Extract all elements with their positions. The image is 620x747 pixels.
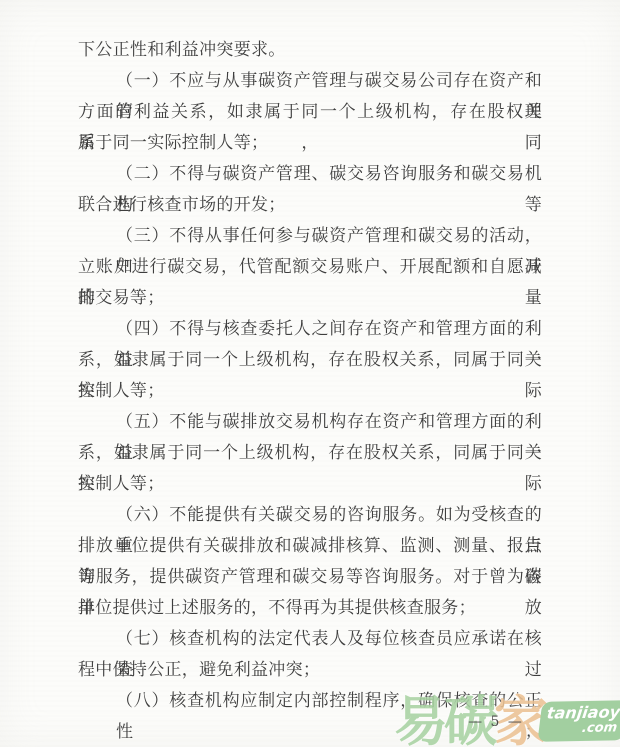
text-line: （五）不能与碳排放交易机构存在资产和管理方面的利益关: [78, 407, 542, 438]
watermark-badge-tld: .com: [544, 721, 618, 736]
watermark-badge: tanjiaoyi .com: [537, 700, 620, 741]
text-line: 单位提供过上述服务的，不得再为其提供核查服务；: [78, 593, 542, 624]
text-line: （二）不得与碳资产管理、碳交易咨询服务和碳交易机构等: [78, 159, 542, 190]
text-line: 立账户进行碳交易，代管配额交易账户、开展配额和自愿减排量: [78, 252, 542, 283]
text-line: （六）不能提供有关碳交易的咨询服务。如为受核查的重点: [78, 500, 542, 531]
text-line: 系，如隶属于同一个上级机构，存在股权关系，同属于同一实际: [78, 438, 542, 469]
page-number: — 5 —: [460, 714, 532, 730]
text-line: （七）核查机构的法定代表人及每位核查员应承诺在核查过: [78, 624, 542, 655]
text-line: 询服务，提供碳资产管理和碳交易等咨询服务。对于曾为碳排放: [78, 562, 542, 593]
text-line: （一）不应与从事碳资产管理与碳交易公司存在资产和管理: [78, 66, 542, 97]
text-line: 系，如隶属于同一个上级机构，存在股权关系，同属于同一实际: [78, 345, 542, 376]
watermark-char: 易: [394, 694, 444, 747]
text-line: （三）不得从事任何参与碳资产管理和碳交易的活动，如开: [78, 221, 542, 252]
text-line: （四）不得与核查委托人之间存在资产和管理方面的利益关: [78, 314, 542, 345]
text-line: 方面的利益关系，如隶属于同一个上级机构，存在股权关系，同: [78, 97, 542, 128]
text-line: 下公正性和利益冲突要求。: [78, 35, 542, 66]
document-body: 下公正性和利益冲突要求。（一）不应与从事碳资产管理与碳交易公司存在资产和管理方面…: [78, 35, 542, 717]
text-line: 排放单位提供有关碳排放和碳减排核算、监测、测量、报告等咨: [78, 531, 542, 562]
document-page: 下公正性和利益冲突要求。（一）不应与从事碳资产管理与碳交易公司存在资产和管理方面…: [0, 0, 620, 747]
